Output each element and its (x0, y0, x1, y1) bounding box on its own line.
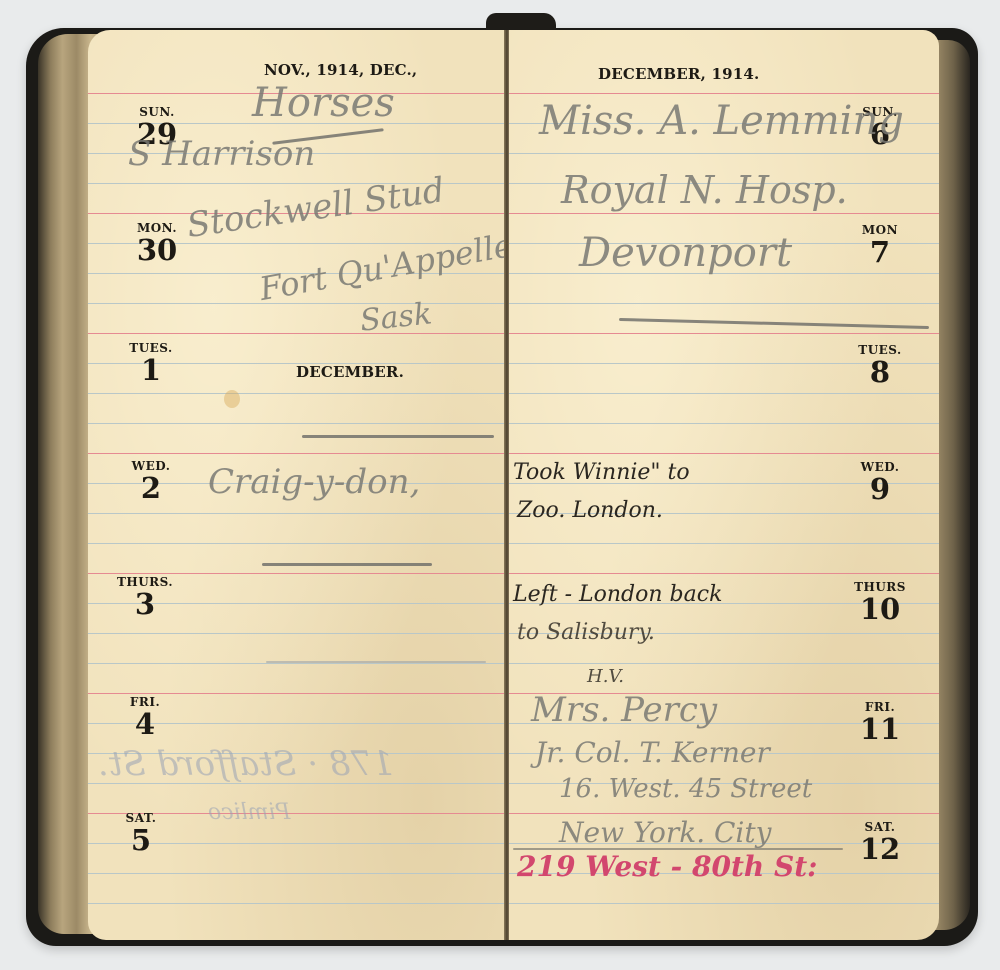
day-fri-4: FRI. 4 (112, 695, 178, 739)
handwriting-royal-naval-hospital: Royal N. Hosp. (561, 168, 848, 212)
handwriting-zoo-london: Zoo. London. (517, 498, 663, 523)
handwriting-new-york-city: New York. City (559, 816, 771, 849)
handwriting-left-london: Left - London back (513, 582, 722, 607)
page-header: DECEMBER, 1914. (598, 65, 759, 83)
handwriting-red-address: 219 West - 80th St: (517, 850, 817, 883)
right-page: DECEMBER, 1914. SUN. 6 MON 7 TUES. 8 WED… (509, 30, 939, 940)
handwriting-hv: H.V. (587, 666, 624, 687)
page-header: NOV., 1914, DEC., (264, 61, 417, 79)
faint-stroke (266, 661, 486, 663)
handwriting-devonport: Devonport (579, 230, 792, 276)
handwriting-stockwell-stud: Stockwell Stud (184, 170, 447, 246)
day-wed-9: WED. 9 (845, 460, 915, 504)
day-sat-5: SAT. 5 (108, 811, 174, 855)
day-tues-1: TUES. 1 (118, 341, 184, 385)
day-tues-8: TUES. 8 (845, 343, 915, 387)
bleedthrough-text: Pimlico (208, 800, 290, 825)
day-sat-12: SAT. 12 (845, 820, 915, 864)
handwriting-miss-lemming: Miss. A. Lemming (539, 98, 904, 144)
day-mon-7: MON 7 (845, 223, 915, 267)
handwriting-west-45-street: 16. West. 45 Street (559, 774, 812, 804)
day-thurs-3: THURS. 3 (112, 575, 178, 619)
day-thurs-10: THURS 10 (845, 580, 915, 624)
day-fri-11: FRI. 11 (845, 700, 915, 744)
handwriting-to-salisbury: to Salisbury. (517, 620, 655, 645)
handwriting-mrs-percy: Mrs. Percy (531, 690, 717, 730)
left-page: NOV., 1914, DEC., DECEMBER. SUN. 29 MON.… (88, 30, 506, 940)
divider-stroke (619, 318, 929, 329)
bleedthrough-text: 178 · Stafford St. (98, 744, 394, 784)
divider-stroke (262, 563, 432, 566)
paper-stain (224, 390, 240, 408)
day-wed-2: WED. 2 (118, 459, 184, 503)
handwriting-harrison: S Harrison (128, 134, 315, 174)
handwriting-horses: Horses (252, 80, 395, 126)
month-heading: DECEMBER. (296, 363, 404, 381)
handwriting-craig-y-don: Craig-y-don, (208, 462, 420, 502)
handwriting-col-kerner: Jr. Col. T. Kerner (535, 736, 770, 769)
day-mon-30: MON. 30 (124, 221, 190, 265)
handwriting-took-winnie: Took Winnie" to (513, 460, 690, 485)
handwriting-sask: Sask (358, 296, 433, 338)
handwriting-fort-quappelle: Fort Qu'Appelle (257, 226, 506, 308)
divider-stroke (302, 435, 494, 438)
